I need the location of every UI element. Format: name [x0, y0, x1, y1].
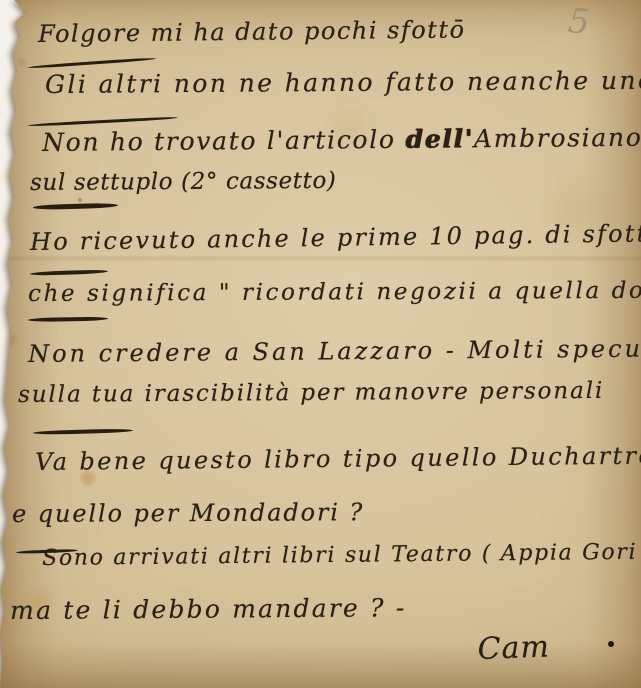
note-paper: 5 Folgore mi ha dato pochi sfottō Gli al… [0, 0, 641, 688]
note-line-mandare: ma te li debbo mandare ? - [10, 593, 407, 625]
paper-shadow: 5 Folgore mi ha dato pochi sfottō Gli al… [0, 0, 641, 688]
note-line-settuplo: sul settuplo (2° cassetto) [30, 168, 337, 196]
note-line-folgore: Folgore mi ha dato pochi sfottō [38, 16, 466, 48]
ink-rule-1 [28, 57, 156, 69]
note-line-articolo-before: Non ho trovato l'articolo [42, 125, 405, 157]
ink-rule-4 [30, 269, 108, 275]
note-line-ricevuto: Ho ricevuto anche le prime 10 pag. di sf… [30, 219, 641, 256]
ink-dot [608, 641, 614, 647]
note-line-articolo-after: Ambrosiano [474, 123, 641, 153]
ink-rule-2 [28, 116, 178, 127]
note-line-articolo: Non ho trovato l'articolo dell'Ambrosian… [42, 123, 641, 157]
ink-rule-5 [28, 317, 108, 322]
note-line-significa: che significa " ricordati negozii a quel… [28, 277, 641, 307]
note-line-mondadori: e quello per Mondadori ? [12, 498, 364, 528]
ink-rule-6 [33, 428, 133, 434]
overwritten-word: dell' [405, 124, 474, 154]
note-line-irascibilita: sulla tua irascibilità per manovre perso… [18, 378, 604, 408]
ink-rule-3 [33, 203, 118, 210]
note-line-duchartre: Va bene questo libro tipo quello Duchart… [35, 441, 641, 476]
note-line-gli-altri: Gli altri non ne hanno fatto neanche uno [45, 66, 641, 99]
pencil-page-number: 5 [566, 1, 591, 43]
signature: Cam [477, 629, 550, 667]
scan-background: 5 Folgore mi ha dato pochi sfottō Gli al… [0, 0, 641, 688]
note-line-san-lazzaro: Non credere a San Lazzaro - Molti specul… [28, 334, 641, 368]
note-line-teatro: Sono arrivati altri libri sul Teatro ( A… [42, 539, 641, 571]
